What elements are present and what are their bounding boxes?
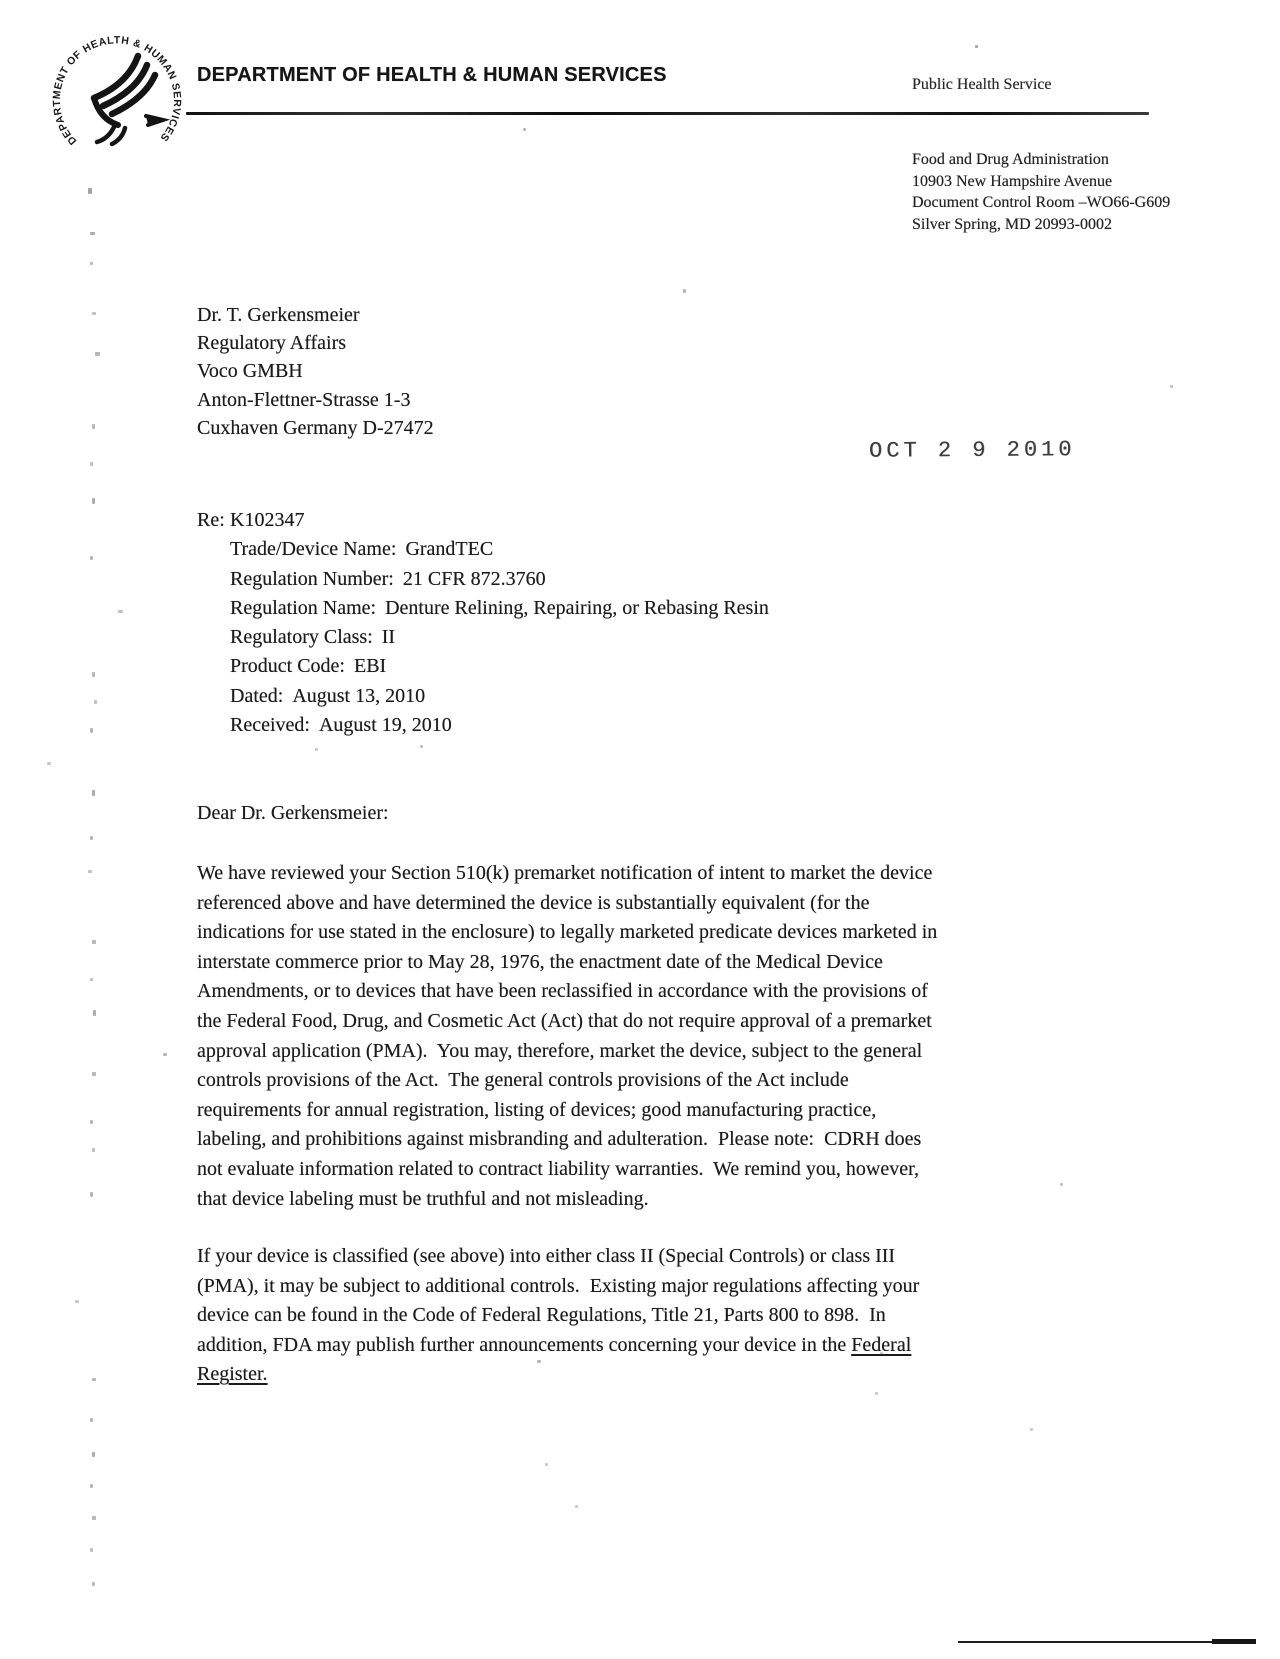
scan-speck xyxy=(92,1148,95,1152)
reference-detail-row: Product Code:EBI xyxy=(230,652,769,681)
bottom-scan-line-thick-end xyxy=(1212,1639,1256,1644)
scan-speck xyxy=(683,289,686,293)
fda-address-line: 10903 New Hampshire Avenue xyxy=(912,171,1170,193)
detail-value: August 19, 2010 xyxy=(310,714,452,736)
scan-speck xyxy=(118,610,123,613)
scan-speck xyxy=(575,1505,578,1508)
detail-value: EBI xyxy=(345,655,386,677)
reference-number-row: Re:K102347 xyxy=(197,506,769,535)
reference-detail-row: Regulation Number:21 CFR 872.3760 xyxy=(230,565,769,594)
public-health-service-label: Public Health Service xyxy=(912,76,1052,94)
letter-page: DEPARTMENT OF HEALTH & HUMAN SERVICES · … xyxy=(0,0,1280,1659)
paragraph-line: controls provisions of the Act. The gene… xyxy=(197,1066,937,1096)
detail-label: Received: xyxy=(230,714,310,736)
scan-speck xyxy=(315,748,318,751)
detail-value: II xyxy=(373,626,395,648)
paragraph-line: (PMA), it may be subject to additional c… xyxy=(197,1272,919,1302)
reference-detail-row: Dated:August 13, 2010 xyxy=(230,682,769,711)
scan-speck xyxy=(875,1392,878,1395)
recipient-street: Anton-Flettner-Strasse 1-3 xyxy=(197,386,434,414)
scan-speck xyxy=(90,978,93,981)
scan-speck xyxy=(880,1352,883,1355)
recipient-name: Dr. T. Gerkensmeier xyxy=(197,301,434,329)
paragraph-line: We have reviewed your Section 510(k) pre… xyxy=(197,859,937,889)
scan-speck xyxy=(92,1378,96,1381)
reference-details: Trade/Device Name:GrandTEC Regulation Nu… xyxy=(230,535,769,740)
paragraph-line: Amendments, or to devices that have been… xyxy=(197,977,937,1007)
scan-speck xyxy=(92,312,96,315)
hhs-seal-logo: DEPARTMENT OF HEALTH & HUMAN SERVICES · … xyxy=(46,30,188,172)
detail-label: Trade/Device Name: xyxy=(230,538,396,560)
received-date-stamp: OCT 2 9 2010 xyxy=(869,437,1076,463)
paragraph-line: requirements for annual registration, li… xyxy=(197,1096,937,1126)
detail-value: GrandTEC xyxy=(396,538,493,560)
reference-detail-row: Trade/Device Name:GrandTEC xyxy=(230,535,769,564)
scan-speck xyxy=(90,1418,93,1422)
scan-speck xyxy=(92,1452,95,1457)
fda-address-block: Food and Drug Administration 10903 New H… xyxy=(912,149,1170,235)
scan-speck xyxy=(537,1360,541,1363)
detail-value: August 13, 2010 xyxy=(283,685,425,707)
scan-speck xyxy=(92,1582,95,1586)
detail-label: Regulation Name: xyxy=(230,597,376,619)
recipient-dept: Regulatory Affairs xyxy=(197,329,434,357)
paragraph-line: If your device is classified (see above)… xyxy=(197,1242,919,1272)
scan-speck xyxy=(163,1053,167,1056)
recipient-address-block: Dr. T. Gerkensmeier Regulatory Affairs V… xyxy=(197,301,434,442)
scan-speck xyxy=(90,1120,93,1124)
paragraph-line: referenced above and have determined the… xyxy=(197,889,937,919)
detail-value: 21 CFR 872.3760 xyxy=(394,568,546,590)
paragraph-line: interstate commerce prior to May 28, 197… xyxy=(197,948,937,978)
scan-speck xyxy=(92,672,95,677)
scan-speck xyxy=(90,728,93,733)
paragraph-line: labeling, and prohibitions against misbr… xyxy=(197,1125,937,1155)
scan-speck xyxy=(1060,1183,1063,1186)
scan-speck xyxy=(47,762,51,765)
scan-speck xyxy=(94,700,97,704)
scan-speck xyxy=(88,870,92,873)
paragraph-line: not evaluate information related to cont… xyxy=(197,1155,937,1185)
paragraph-line: indications for use stated in the enclos… xyxy=(197,918,937,948)
scan-speck xyxy=(90,836,93,840)
scan-speck xyxy=(90,1484,93,1488)
scan-speck xyxy=(1170,385,1173,388)
scan-speck xyxy=(95,352,100,356)
scan-speck xyxy=(75,1300,79,1303)
paragraph-text: addition, FDA may publish further announ… xyxy=(197,1334,851,1356)
scan-speck xyxy=(90,1192,93,1197)
re-label: Re: xyxy=(197,506,230,535)
detail-label: Product Code: xyxy=(230,655,345,677)
body-paragraph-1: We have reviewed your Section 510(k) pre… xyxy=(197,859,937,1214)
scan-speck xyxy=(975,45,978,48)
detail-label: Regulation Number: xyxy=(230,568,394,590)
federal-register-reference: Register. xyxy=(197,1363,268,1385)
scan-speck xyxy=(93,1010,96,1016)
paragraph-line: device can be found in the Code of Feder… xyxy=(197,1301,919,1331)
scan-speck xyxy=(90,462,93,466)
scan-speck xyxy=(92,790,95,796)
fda-address-line: Silver Spring, MD 20993-0002 xyxy=(912,214,1170,236)
header-rule xyxy=(186,112,1149,115)
detail-value: Denture Relining, Repairing, or Rebasing… xyxy=(376,597,769,619)
reference-detail-row: Received:August 19, 2010 xyxy=(230,711,769,740)
hhs-eagle-icon xyxy=(94,56,163,144)
scan-speck xyxy=(88,188,92,194)
scan-speck xyxy=(92,498,95,504)
paragraph-line: that device labeling must be truthful an… xyxy=(197,1185,937,1215)
scan-speck xyxy=(545,1463,548,1466)
fda-address-line: Food and Drug Administration xyxy=(912,149,1170,171)
scan-speck xyxy=(92,1072,96,1076)
body-paragraph-2: If your device is classified (see above)… xyxy=(197,1242,919,1390)
reference-detail-row: Regulation Name:Denture Relining, Repair… xyxy=(230,594,769,623)
scan-speck xyxy=(90,556,93,560)
scan-speck xyxy=(90,262,93,265)
fda-address-line: Document Control Room –WO66-G609 xyxy=(912,192,1170,214)
paragraph-line: approval application (PMA). You may, the… xyxy=(197,1037,937,1067)
recipient-company: Voco GMBH xyxy=(197,357,434,385)
paragraph-line: the Federal Food, Drug, and Cosmetic Act… xyxy=(197,1007,937,1037)
scan-speck xyxy=(1030,1428,1033,1431)
detail-label: Regulatory Class: xyxy=(230,626,373,648)
k-number: K102347 xyxy=(230,509,304,531)
scan-speck xyxy=(90,1548,93,1552)
recipient-city: Cuxhaven Germany D-27472 xyxy=(197,414,434,442)
paragraph-line: Register. xyxy=(197,1360,919,1390)
reference-block: Re:K102347 Trade/Device Name:GrandTEC Re… xyxy=(197,506,769,740)
agency-title: DEPARTMENT OF HEALTH & HUMAN SERVICES xyxy=(197,64,667,87)
scan-speck xyxy=(92,424,95,429)
detail-label: Dated: xyxy=(230,685,283,707)
scan-speck xyxy=(90,232,95,235)
scan-speck xyxy=(523,128,526,131)
scan-speck xyxy=(92,940,96,944)
reference-detail-row: Regulatory Class:II xyxy=(230,623,769,652)
salutation: Dear Dr. Gerkensmeier: xyxy=(197,802,389,825)
paragraph-line: addition, FDA may publish further announ… xyxy=(197,1331,919,1361)
scan-speck xyxy=(92,1516,96,1520)
scan-speck xyxy=(420,745,423,748)
